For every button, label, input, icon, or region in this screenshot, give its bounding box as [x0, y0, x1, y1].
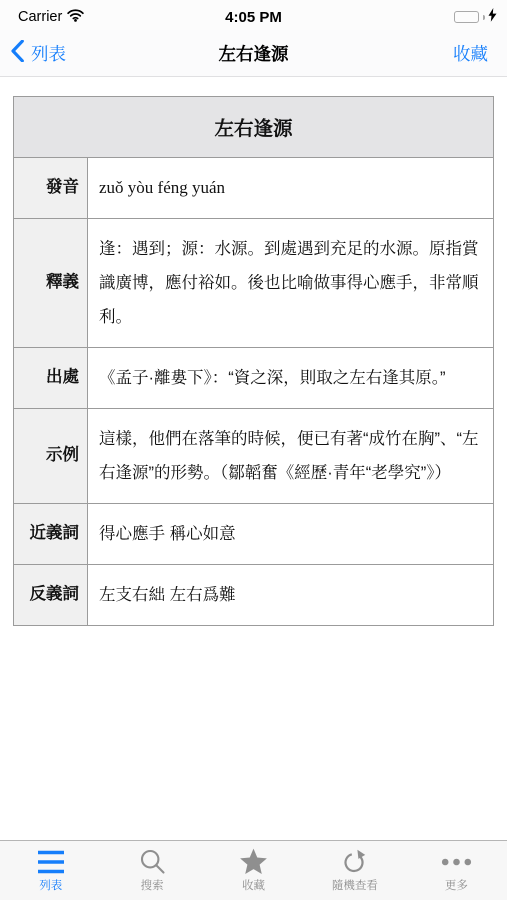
entry-row-jin-yi-ci: 近義詞得心應手 稱心如意 — [14, 504, 494, 565]
nav-bar: 列表 左右逢源 收藏 — [0, 30, 507, 77]
search-icon — [139, 847, 166, 876]
tab-label-more: 更多 — [445, 877, 468, 893]
row-value-shi-li: 這樣，他們在落筆的時候，便已有著“成竹在胸”、“左右逢源”的形勢。（鄒韜奮《經歷… — [88, 409, 494, 504]
chevron-left-icon — [11, 40, 24, 67]
battery-icon — [454, 11, 479, 23]
row-label-jin-yi-ci: 近義詞 — [14, 504, 88, 565]
battery-nub — [483, 15, 485, 20]
tab-label-random: 隨機查看 — [332, 877, 378, 893]
status-left: Carrier — [18, 9, 84, 26]
tab-label-search: 搜索 — [141, 877, 164, 893]
status-bar: Carrier 4:05 PM — [0, 0, 507, 30]
tab-label-favorites: 收藏 — [242, 877, 265, 893]
refresh-icon — [341, 847, 368, 876]
tab-more[interactable]: 更多 — [406, 841, 507, 900]
tab-search[interactable]: 搜索 — [101, 841, 202, 900]
carrier-label: Carrier — [18, 9, 62, 25]
row-value-fan-yi-ci: 左支右絀 左右爲難 — [88, 565, 494, 626]
tab-favorites[interactable]: 收藏 — [203, 841, 304, 900]
tab-list[interactable]: 列表 — [0, 841, 101, 900]
row-label-fan-yi-ci: 反義詞 — [14, 565, 88, 626]
row-label-fa-yin: 發音 — [14, 158, 88, 219]
entry-row-fan-yi-ci: 反義詞左支右絀 左右爲難 — [14, 565, 494, 626]
entry-header-row: 左右逢源 — [14, 97, 494, 158]
entry-row-shi-yi: 釋義逢：遇到；源：水源。到處遇到充足的水源。原指賞識廣博，應付裕如。後也比喻做事… — [14, 219, 494, 348]
more-dots-icon — [441, 847, 472, 876]
tab-label-list: 列表 — [39, 877, 62, 893]
entry-table-body: 左右逢源 發音zuǒ yòu féng yuán釋義逢：遇到；源：水源。到處遇到… — [14, 97, 494, 626]
status-right — [454, 8, 497, 26]
favorite-action-button[interactable]: 收藏 — [453, 41, 488, 66]
list-icon — [36, 847, 66, 876]
entry-table: 左右逢源 發音zuǒ yòu féng yuán釋義逢：遇到；源：水源。到處遇到… — [13, 96, 494, 626]
entry-row-shi-li: 示例這樣，他們在落筆的時候，便已有著“成竹在胸”、“左右逢源”的形勢。（鄒韜奮《… — [14, 409, 494, 504]
row-value-shi-yi: 逢：遇到；源：水源。到處遇到充足的水源。原指賞識廣博，應付裕如。後也比喻做事得心… — [88, 219, 494, 348]
row-label-chu-chu: 出處 — [14, 348, 88, 409]
star-icon — [239, 847, 268, 876]
row-value-chu-chu: 《孟子·離婁下》：“資之深，則取之左右逢其原。” — [88, 348, 494, 409]
entry-row-chu-chu: 出處《孟子·離婁下》：“資之深，則取之左右逢其原。” — [14, 348, 494, 409]
row-label-shi-yi: 釋義 — [14, 219, 88, 348]
row-label-shi-li: 示例 — [14, 409, 88, 504]
back-button-label: 列表 — [31, 41, 66, 66]
row-value-jin-yi-ci: 得心應手 稱心如意 — [88, 504, 494, 565]
row-value-fa-yin: zuǒ yòu féng yuán — [88, 158, 494, 219]
entry-title: 左右逢源 — [14, 97, 494, 158]
page-title: 左右逢源 — [219, 41, 289, 66]
wifi-icon — [67, 9, 84, 26]
app-screen: { "colors": { "accent_blue": "#157efb", … — [0, 0, 507, 900]
back-button[interactable]: 列表 — [11, 40, 66, 67]
tab-random[interactable]: 隨機查看 — [304, 841, 405, 900]
tab-bar: 列表搜索收藏隨機查看更多 — [0, 840, 507, 900]
charging-bolt-icon — [488, 8, 497, 26]
entry-row-fa-yin: 發音zuǒ yòu féng yuán — [14, 158, 494, 219]
